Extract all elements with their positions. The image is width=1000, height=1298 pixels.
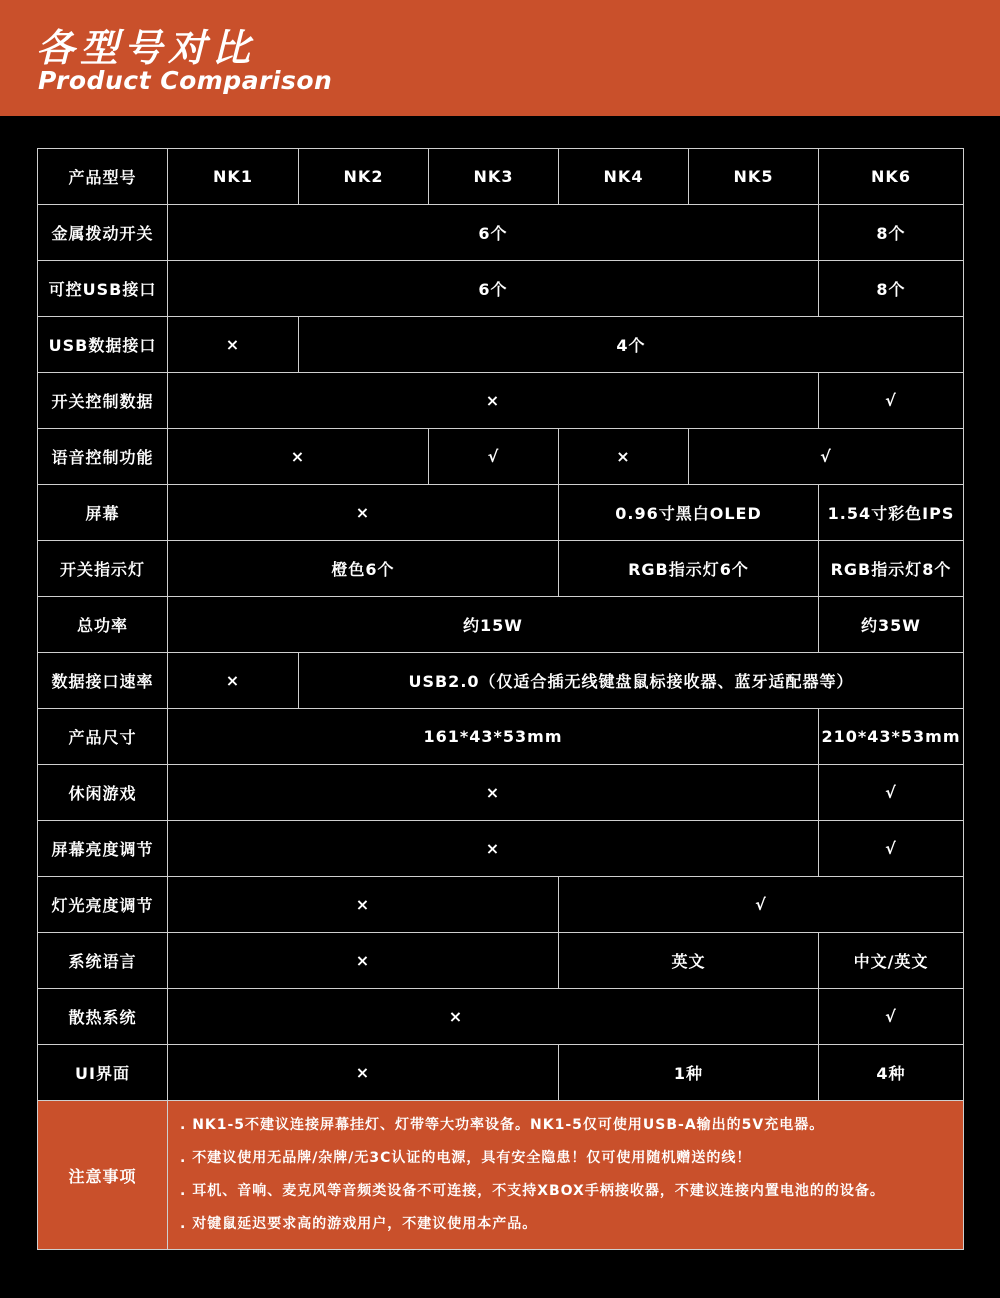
column-header-model: 产品型号: [38, 149, 168, 205]
table-row: 语音控制功能 × √ × √: [38, 429, 964, 485]
table-cell: 1.54寸彩色IPS: [819, 485, 964, 541]
notes-row: 注意事项 . NK1-5不建议连接屏幕挂灯、灯带等大功率设备。NK1-5仅可使用…: [38, 1101, 964, 1250]
row-label: 总功率: [38, 597, 168, 653]
row-label: 屏幕: [38, 485, 168, 541]
row-label: 产品尺寸: [38, 709, 168, 765]
title-english: Product Comparison: [38, 66, 332, 96]
table-cell: √: [819, 821, 964, 877]
table-row: 系统语言 × 英文 中文/英文: [38, 933, 964, 989]
row-label: 金属拨动开关: [38, 205, 168, 261]
table-row: 金属拨动开关 6个 8个: [38, 205, 964, 261]
table-row: 开关控制数据 × √: [38, 373, 964, 429]
table-row: 数据接口速率 × USB2.0（仅适合插无线键盘鼠标接收器、蓝牙适配器等）: [38, 653, 964, 709]
table-cell: ×: [168, 1045, 559, 1101]
table-row: 可控USB接口 6个 8个: [38, 261, 964, 317]
table-cell: 约15W: [168, 597, 819, 653]
table-cell: ×: [168, 317, 299, 373]
column-header-nk4: NK4: [559, 149, 689, 205]
row-label: UI界面: [38, 1045, 168, 1101]
table-cell: 约35W: [819, 597, 964, 653]
table-row: 屏幕 × 0.96寸黑白OLED 1.54寸彩色IPS: [38, 485, 964, 541]
table-cell: 中文/英文: [819, 933, 964, 989]
page-header: 各型号对比 Product Comparison: [0, 0, 1000, 116]
table-cell: 1种: [559, 1045, 819, 1101]
row-label: 灯光亮度调节: [38, 877, 168, 933]
row-label: 开关指示灯: [38, 541, 168, 597]
row-label: 屏幕亮度调节: [38, 821, 168, 877]
column-header-nk5: NK5: [689, 149, 819, 205]
column-header-nk2: NK2: [299, 149, 429, 205]
table-row: 产品尺寸 161*43*53mm 210*43*53mm: [38, 709, 964, 765]
table-cell: ×: [168, 989, 819, 1045]
note-item: . NK1-5不建议连接屏幕挂灯、灯带等大功率设备。NK1-5仅可使用USB-A…: [180, 1109, 963, 1142]
table-row: 散热系统 × √: [38, 989, 964, 1045]
table-cell: ×: [168, 821, 819, 877]
table-cell: ×: [168, 429, 429, 485]
row-label: 开关控制数据: [38, 373, 168, 429]
table-cell: 4种: [819, 1045, 964, 1101]
notes-label: 注意事项: [38, 1101, 168, 1250]
table-cell: 161*43*53mm: [168, 709, 819, 765]
table-row: 休闲游戏 × √: [38, 765, 964, 821]
table-cell: √: [819, 373, 964, 429]
table-row: USB数据接口 × 4个: [38, 317, 964, 373]
table-cell: √: [559, 877, 964, 933]
column-header-nk3: NK3: [429, 149, 559, 205]
title-chinese: 各型号对比: [36, 26, 256, 70]
table-cell: ×: [168, 653, 299, 709]
table-cell: 0.96寸黑白OLED: [559, 485, 819, 541]
row-label: 数据接口速率: [38, 653, 168, 709]
cell-value: ×: [449, 1007, 463, 1026]
header-row: 产品型号 NK1 NK2 NK3 NK4 NK5 NK6: [38, 149, 964, 205]
table-cell: ×: [168, 933, 559, 989]
notes-list: . NK1-5不建议连接屏幕挂灯、灯带等大功率设备。NK1-5仅可使用USB-A…: [168, 1109, 963, 1241]
table-cell: √: [689, 429, 964, 485]
table-row: 灯光亮度调节 × √: [38, 877, 964, 933]
table-row: 总功率 约15W 约35W: [38, 597, 964, 653]
row-label: 语音控制功能: [38, 429, 168, 485]
table-cell: USB2.0（仅适合插无线键盘鼠标接收器、蓝牙适配器等）: [299, 653, 964, 709]
table-row: 开关指示灯 橙色6个 RGB指示灯6个 RGB指示灯8个: [38, 541, 964, 597]
comparison-table: 产品型号 NK1 NK2 NK3 NK4 NK5 NK6 金属拨动开关 6个 8…: [37, 148, 964, 1250]
table-cell: ×: [168, 765, 819, 821]
table-cell: 8个: [819, 261, 964, 317]
table-cell: 6个: [168, 261, 819, 317]
row-label: 休闲游戏: [38, 765, 168, 821]
table-cell: RGB指示灯6个: [559, 541, 819, 597]
notes-content: . NK1-5不建议连接屏幕挂灯、灯带等大功率设备。NK1-5仅可使用USB-A…: [168, 1101, 964, 1250]
row-label: 散热系统: [38, 989, 168, 1045]
table-cell: ×: [168, 877, 559, 933]
table-cell: 橙色6个: [168, 541, 559, 597]
table-row: UI界面 × 1种 4种: [38, 1045, 964, 1101]
table-cell: √: [819, 765, 964, 821]
table-cell: 8个: [819, 205, 964, 261]
note-item: . 对键鼠延迟要求高的游戏用户，不建议使用本产品。: [180, 1208, 963, 1241]
table-cell: RGB指示灯8个: [819, 541, 964, 597]
table-cell: 4个: [299, 317, 964, 373]
row-label: 系统语言: [38, 933, 168, 989]
table-cell: 210*43*53mm: [819, 709, 964, 765]
table-cell: √: [819, 989, 964, 1045]
table-cell: ×: [168, 485, 559, 541]
note-item: . 不建议使用无品牌/杂牌/无3C认证的电源，具有安全隐患！仅可使用随机赠送的线…: [180, 1142, 963, 1175]
row-label: USB数据接口: [38, 317, 168, 373]
column-header-nk1: NK1: [168, 149, 299, 205]
note-item: . 耳机、音响、麦克风等音频类设备不可连接，不支持XBOX手柄接收器，不建议连接…: [180, 1175, 963, 1208]
row-label: 可控USB接口: [38, 261, 168, 317]
table-cell: ×: [168, 373, 819, 429]
table-row: 屏幕亮度调节 × √: [38, 821, 964, 877]
table-cell: ×: [559, 429, 689, 485]
table-cell: 6个: [168, 205, 819, 261]
table-cell: √: [429, 429, 559, 485]
column-header-nk6: NK6: [819, 149, 964, 205]
table-cell: 英文: [559, 933, 819, 989]
